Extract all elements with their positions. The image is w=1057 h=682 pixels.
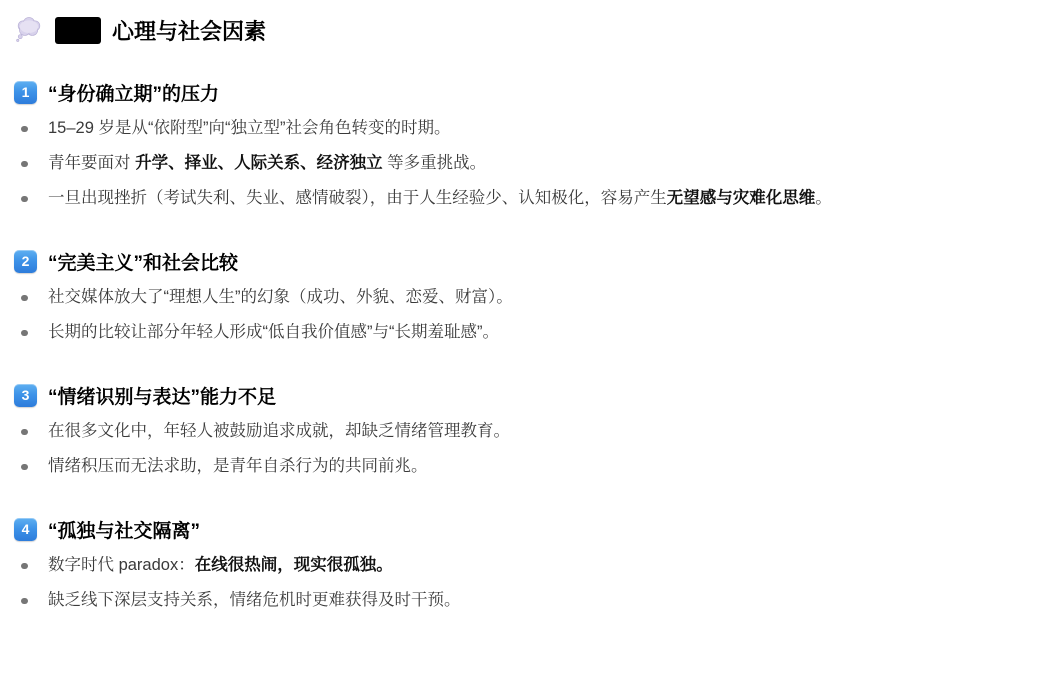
- section-perfectionism: 2 “完美主义”和社会比较 社交媒体放大了“理想人生”的幻象（成功、外貌、恋爱、…: [14, 248, 1039, 349]
- bullet-list: 在很多文化中，年轻人被鼓励追求成就，却缺乏情绪管理教育。 情绪积压而无法求助，是…: [14, 415, 1039, 483]
- bullet-list: 15–29 岁是从“依附型”向“独立型”社会角色转变的时期。 青年要面对 升学、…: [14, 112, 1039, 215]
- text-run: 青年要面对: [48, 154, 135, 172]
- list-item: 缺乏线下深层支持关系，情绪危机时更难获得及时干预。: [14, 584, 1039, 617]
- list-item: 15–29 岁是从“依附型”向“独立型”社会角色转变的时期。: [14, 112, 1039, 145]
- text-run: 情绪积压而无法求助，是青年自杀行为的共同前兆。: [48, 457, 428, 475]
- text-run-bold: 在线很热闹，现实很孤独。: [195, 556, 393, 574]
- text-run: 长期的比较让部分年轻人形成“低自我价值感”与“长期羞耻感”。: [48, 323, 499, 341]
- section-title-text: “完美主义”和社会比较: [48, 248, 238, 275]
- text-run: 社交媒体放大了“理想人生”的幻象（成功、外貌、恋爱、财富）。: [48, 288, 513, 306]
- section-emotion-recognition: 3 “情绪识别与表达”能力不足 在很多文化中，年轻人被鼓励追求成就，却缺乏情绪管…: [14, 382, 1039, 483]
- thought-balloon-icon: [14, 15, 44, 45]
- list-item: 数字时代 paradox：在线很热闹，现实很孤独。: [14, 549, 1039, 582]
- text-run: 数字时代 paradox：: [48, 556, 195, 574]
- bullet-list: 数字时代 paradox：在线很热闹，现实很孤独。 缺乏线下深层支持关系，情绪危…: [14, 549, 1039, 617]
- text-run: 。: [815, 189, 832, 207]
- text-run-bold: 无望感与灾难化思维: [667, 189, 816, 207]
- text-run: 15–29 岁是从“依附型”向“独立型”社会角色转变的时期。: [48, 119, 450, 137]
- document: 心理与社会因素 1 “身份确立期”的压力 15–29 岁是从“依附型”向“独立型…: [0, 0, 1057, 617]
- list-item: 青年要面对 升学、择业、人际关系、经济独立 等多重挑战。: [14, 147, 1039, 180]
- bullet-list: 社交媒体放大了“理想人生”的幻象（成功、外貌、恋爱、财富）。 长期的比较让部分年…: [14, 281, 1039, 349]
- list-item: 长期的比较让部分年轻人形成“低自我价值感”与“长期羞耻感”。: [14, 316, 1039, 349]
- list-item: 在很多文化中，年轻人被鼓励追求成就，却缺乏情绪管理教育。: [14, 415, 1039, 448]
- keycap-2-icon: 2: [14, 250, 37, 273]
- page-title: 心理与社会因素: [14, 14, 1039, 46]
- keycap-4-icon: 4: [14, 518, 37, 541]
- section-identity-pressure: 1 “身份确立期”的压力 15–29 岁是从“依附型”向“独立型”社会角色转变的…: [14, 79, 1039, 215]
- text-run: 一旦出现挫折（考试失利、失业、感情破裂），由于人生经验少、认知极化，容易产生: [48, 189, 667, 207]
- section-heading: 3 “情绪识别与表达”能力不足: [14, 382, 1039, 408]
- section-heading: 4 “孤独与社交隔离”: [14, 516, 1039, 542]
- text-run-bold: 升学、择业、人际关系、经济独立: [135, 154, 383, 172]
- section-loneliness: 4 “孤独与社交隔离” 数字时代 paradox：在线很热闹，现实很孤独。 缺乏…: [14, 516, 1039, 617]
- list-item: 社交媒体放大了“理想人生”的幻象（成功、外貌、恋爱、财富）。: [14, 281, 1039, 314]
- section-heading: 2 “完美主义”和社会比较: [14, 248, 1039, 274]
- keycap-3-icon: 3: [14, 384, 37, 407]
- section-heading: 1 “身份确立期”的压力: [14, 79, 1039, 105]
- list-item: 情绪积压而无法求助，是青年自杀行为的共同前兆。: [14, 450, 1039, 483]
- section-title-text: “孤独与社交隔离”: [48, 516, 200, 543]
- page-title-text: 心理与社会因素: [112, 15, 266, 46]
- text-run: 缺乏线下深层支持关系，情绪危机时更难获得及时干预。: [48, 591, 461, 609]
- redacted-block: [55, 17, 101, 44]
- text-run: 在很多文化中，年轻人被鼓励追求成就，却缺乏情绪管理教育。: [48, 422, 510, 440]
- list-item: 一旦出现挫折（考试失利、失业、感情破裂），由于人生经验少、认知极化，容易产生无望…: [14, 182, 1039, 215]
- text-run: 等多重挑战。: [383, 154, 487, 172]
- keycap-1-icon: 1: [14, 81, 37, 104]
- section-title-text: “身份确立期”的压力: [48, 79, 219, 106]
- section-title-text: “情绪识别与表达”能力不足: [48, 382, 276, 409]
